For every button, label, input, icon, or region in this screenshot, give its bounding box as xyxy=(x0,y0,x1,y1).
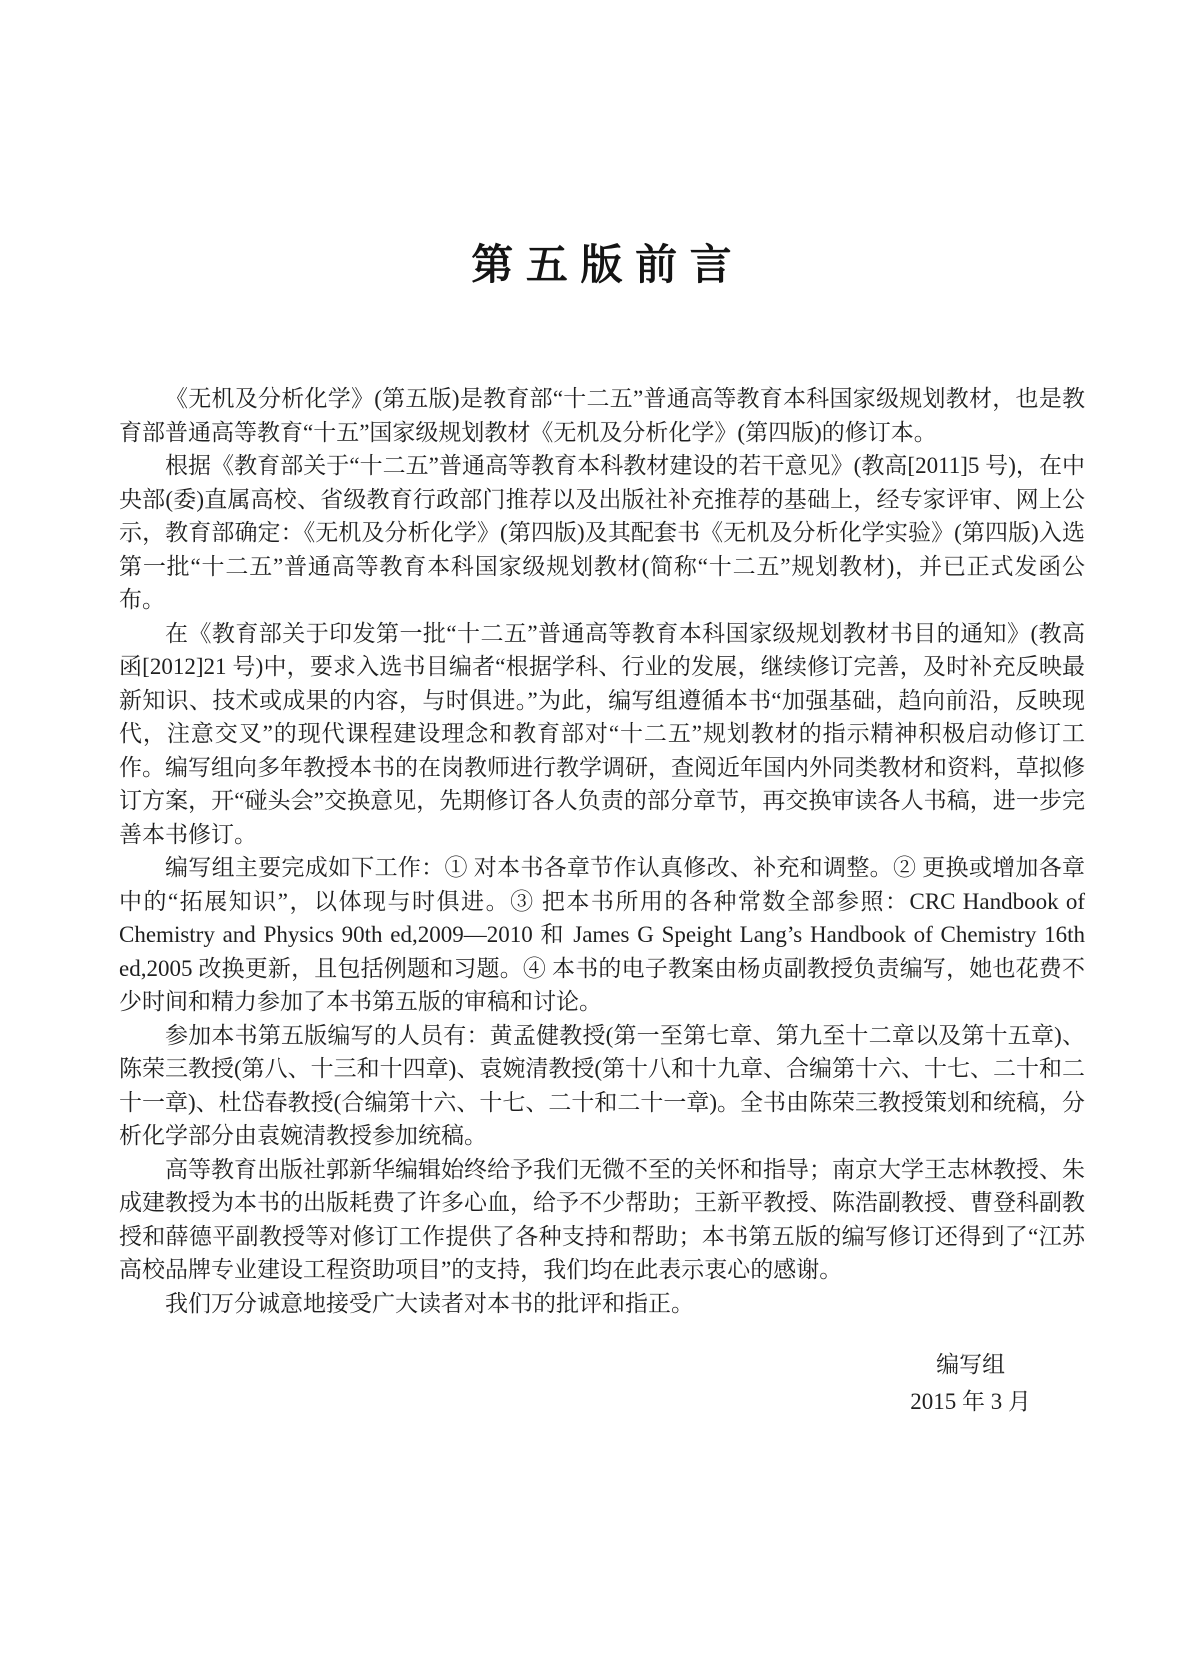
paragraph: 根据《教育部关于“十二五”普通高等教育本科教材建设的若干意见》(教高[2011]… xyxy=(119,449,1085,617)
paragraph: 高等教育出版社郭新华编辑始终给予我们无微不至的关怀和指导；南京大学王志林教授、朱… xyxy=(119,1153,1085,1287)
signature-date: 2015 年 3 月 xyxy=(910,1383,1031,1420)
paragraph: 在《教育部关于印发第一批“十二五”普通高等教育本科国家级规划教材书目的通知》(教… xyxy=(119,617,1085,852)
signature-block: 编写组 2015 年 3 月 xyxy=(910,1346,1031,1420)
paragraph: 我们万分诚意地接受广大读者对本书的批评和指正。 xyxy=(119,1287,1085,1321)
book-page: 第五版前言 《无机及分析化学》(第五版)是教育部“十二五”普通高等教育本科国家级… xyxy=(0,0,1203,1675)
preface-body: 《无机及分析化学》(第五版)是教育部“十二五”普通高等教育本科国家级规划教材，也… xyxy=(119,382,1085,1320)
signature-author: 编写组 xyxy=(910,1346,1031,1383)
paragraph: 编写组主要完成如下工作：① 对本书各章节作认真修改、补充和调整。② 更换或增加各… xyxy=(119,851,1085,1019)
page-title: 第五版前言 xyxy=(0,0,1203,292)
paragraph: 《无机及分析化学》(第五版)是教育部“十二五”普通高等教育本科国家级规划教材，也… xyxy=(119,382,1085,449)
paragraph: 参加本书第五版编写的人员有：黄孟健教授(第一至第七章、第九至十二章以及第十五章)… xyxy=(119,1019,1085,1153)
